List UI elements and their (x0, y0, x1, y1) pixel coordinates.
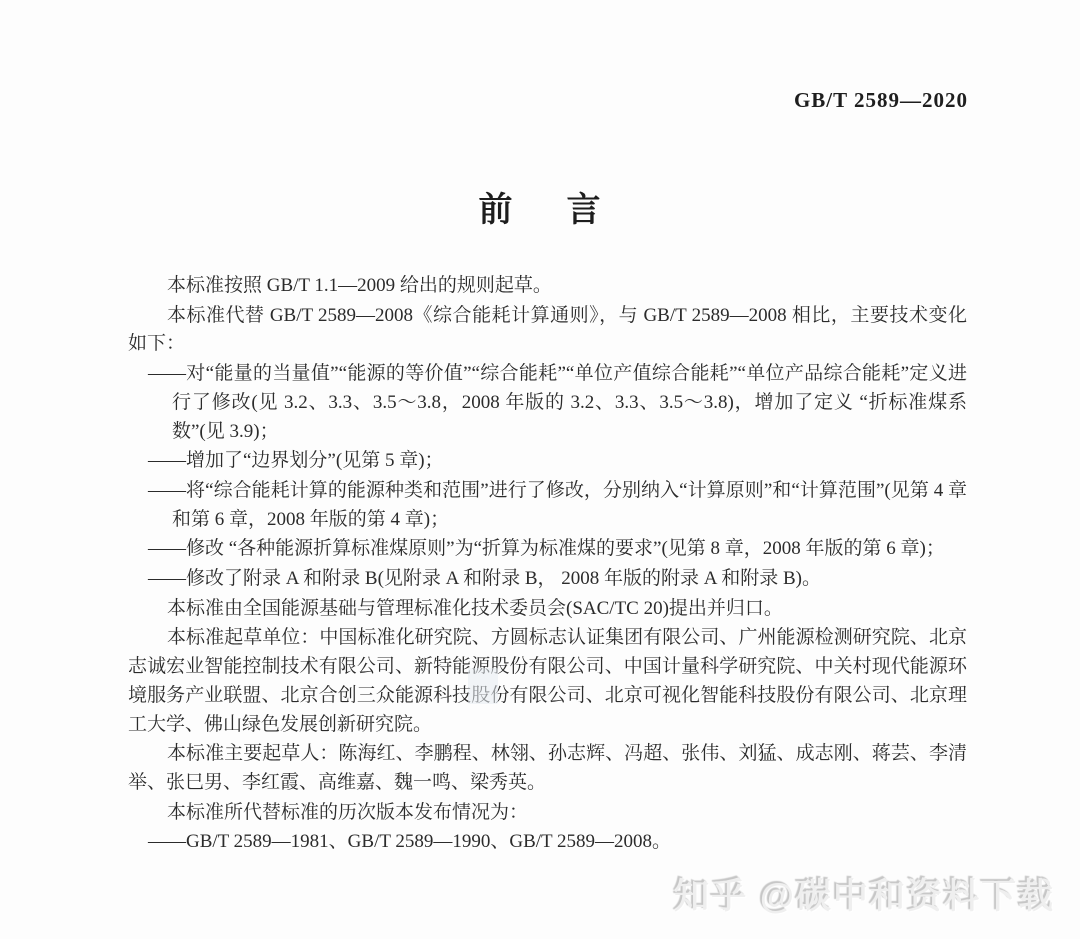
page-title: 前 言 (0, 182, 1080, 231)
watermark-text: 知乎 @碳中和资料下载 (674, 869, 1055, 919)
paragraph-committee: 本标准由全国能源基础与管理标准化技术委员会(SAC/TC 20)提出并归口。 (128, 595, 967, 624)
standard-code: GB/T 2589—2020 (794, 88, 968, 113)
document-page: GB/T 2589—2020 前 言 本标准按照 GB/T 1.1—2009 给… (0, 0, 1080, 939)
page-title-char-left: 前 (479, 182, 514, 231)
list-item-change-scope: ——将“综合能耗计算的能源种类和范围”进行了修改，分别纳入“计算原则”和“计算范… (128, 477, 967, 534)
paragraph-drafters: 本标准主要起草人：陈海红、李鹏程、林翎、孙志辉、冯超、张伟、刘猛、成志刚、蒋芸、… (128, 740, 967, 797)
list-item-change-appendix: ——修改了附录 A 和附录 B(见附录 A 和附录 B， 2008 年版的附录 … (128, 565, 967, 594)
paragraph-replaces-intro: 本标准代替 GB/T 2589—2008《综合能耗计算通则》，与 GB/T 25… (128, 302, 967, 359)
list-item-edition-history: ——GB/T 2589—1981、GB/T 2589—1990、GB/T 258… (128, 828, 967, 857)
foreword-body: 本标准按照 GB/T 1.1—2009 给出的规则起草。 本标准代替 GB/T … (128, 271, 967, 858)
list-item-change-coal-rule: ——修改 “各种能源折算标准煤原则”为“折算为标准煤的要求”(见第 8 章，20… (128, 535, 967, 564)
list-item-change-definitions: ——对“能量的当量值”“能源的等价值”“综合能耗”“单位产值综合能耗”“单位产品… (128, 360, 967, 446)
paragraph-drafting-rule: 本标准按照 GB/T 1.1—2009 给出的规则起草。 (128, 272, 967, 301)
page-title-char-right: 言 (567, 182, 602, 231)
paragraph-drafting-units: 本标准起草单位：中国标准化研究院、方圆标志认证集团有限公司、广州能源检测研究院、… (128, 624, 967, 739)
paragraph-previous-editions: 本标准所代替标准的历次版本发布情况为： (128, 799, 967, 828)
scan-artifact (468, 668, 498, 704)
list-item-change-boundary: ——增加了“边界划分”(见第 5 章)； (128, 447, 967, 476)
